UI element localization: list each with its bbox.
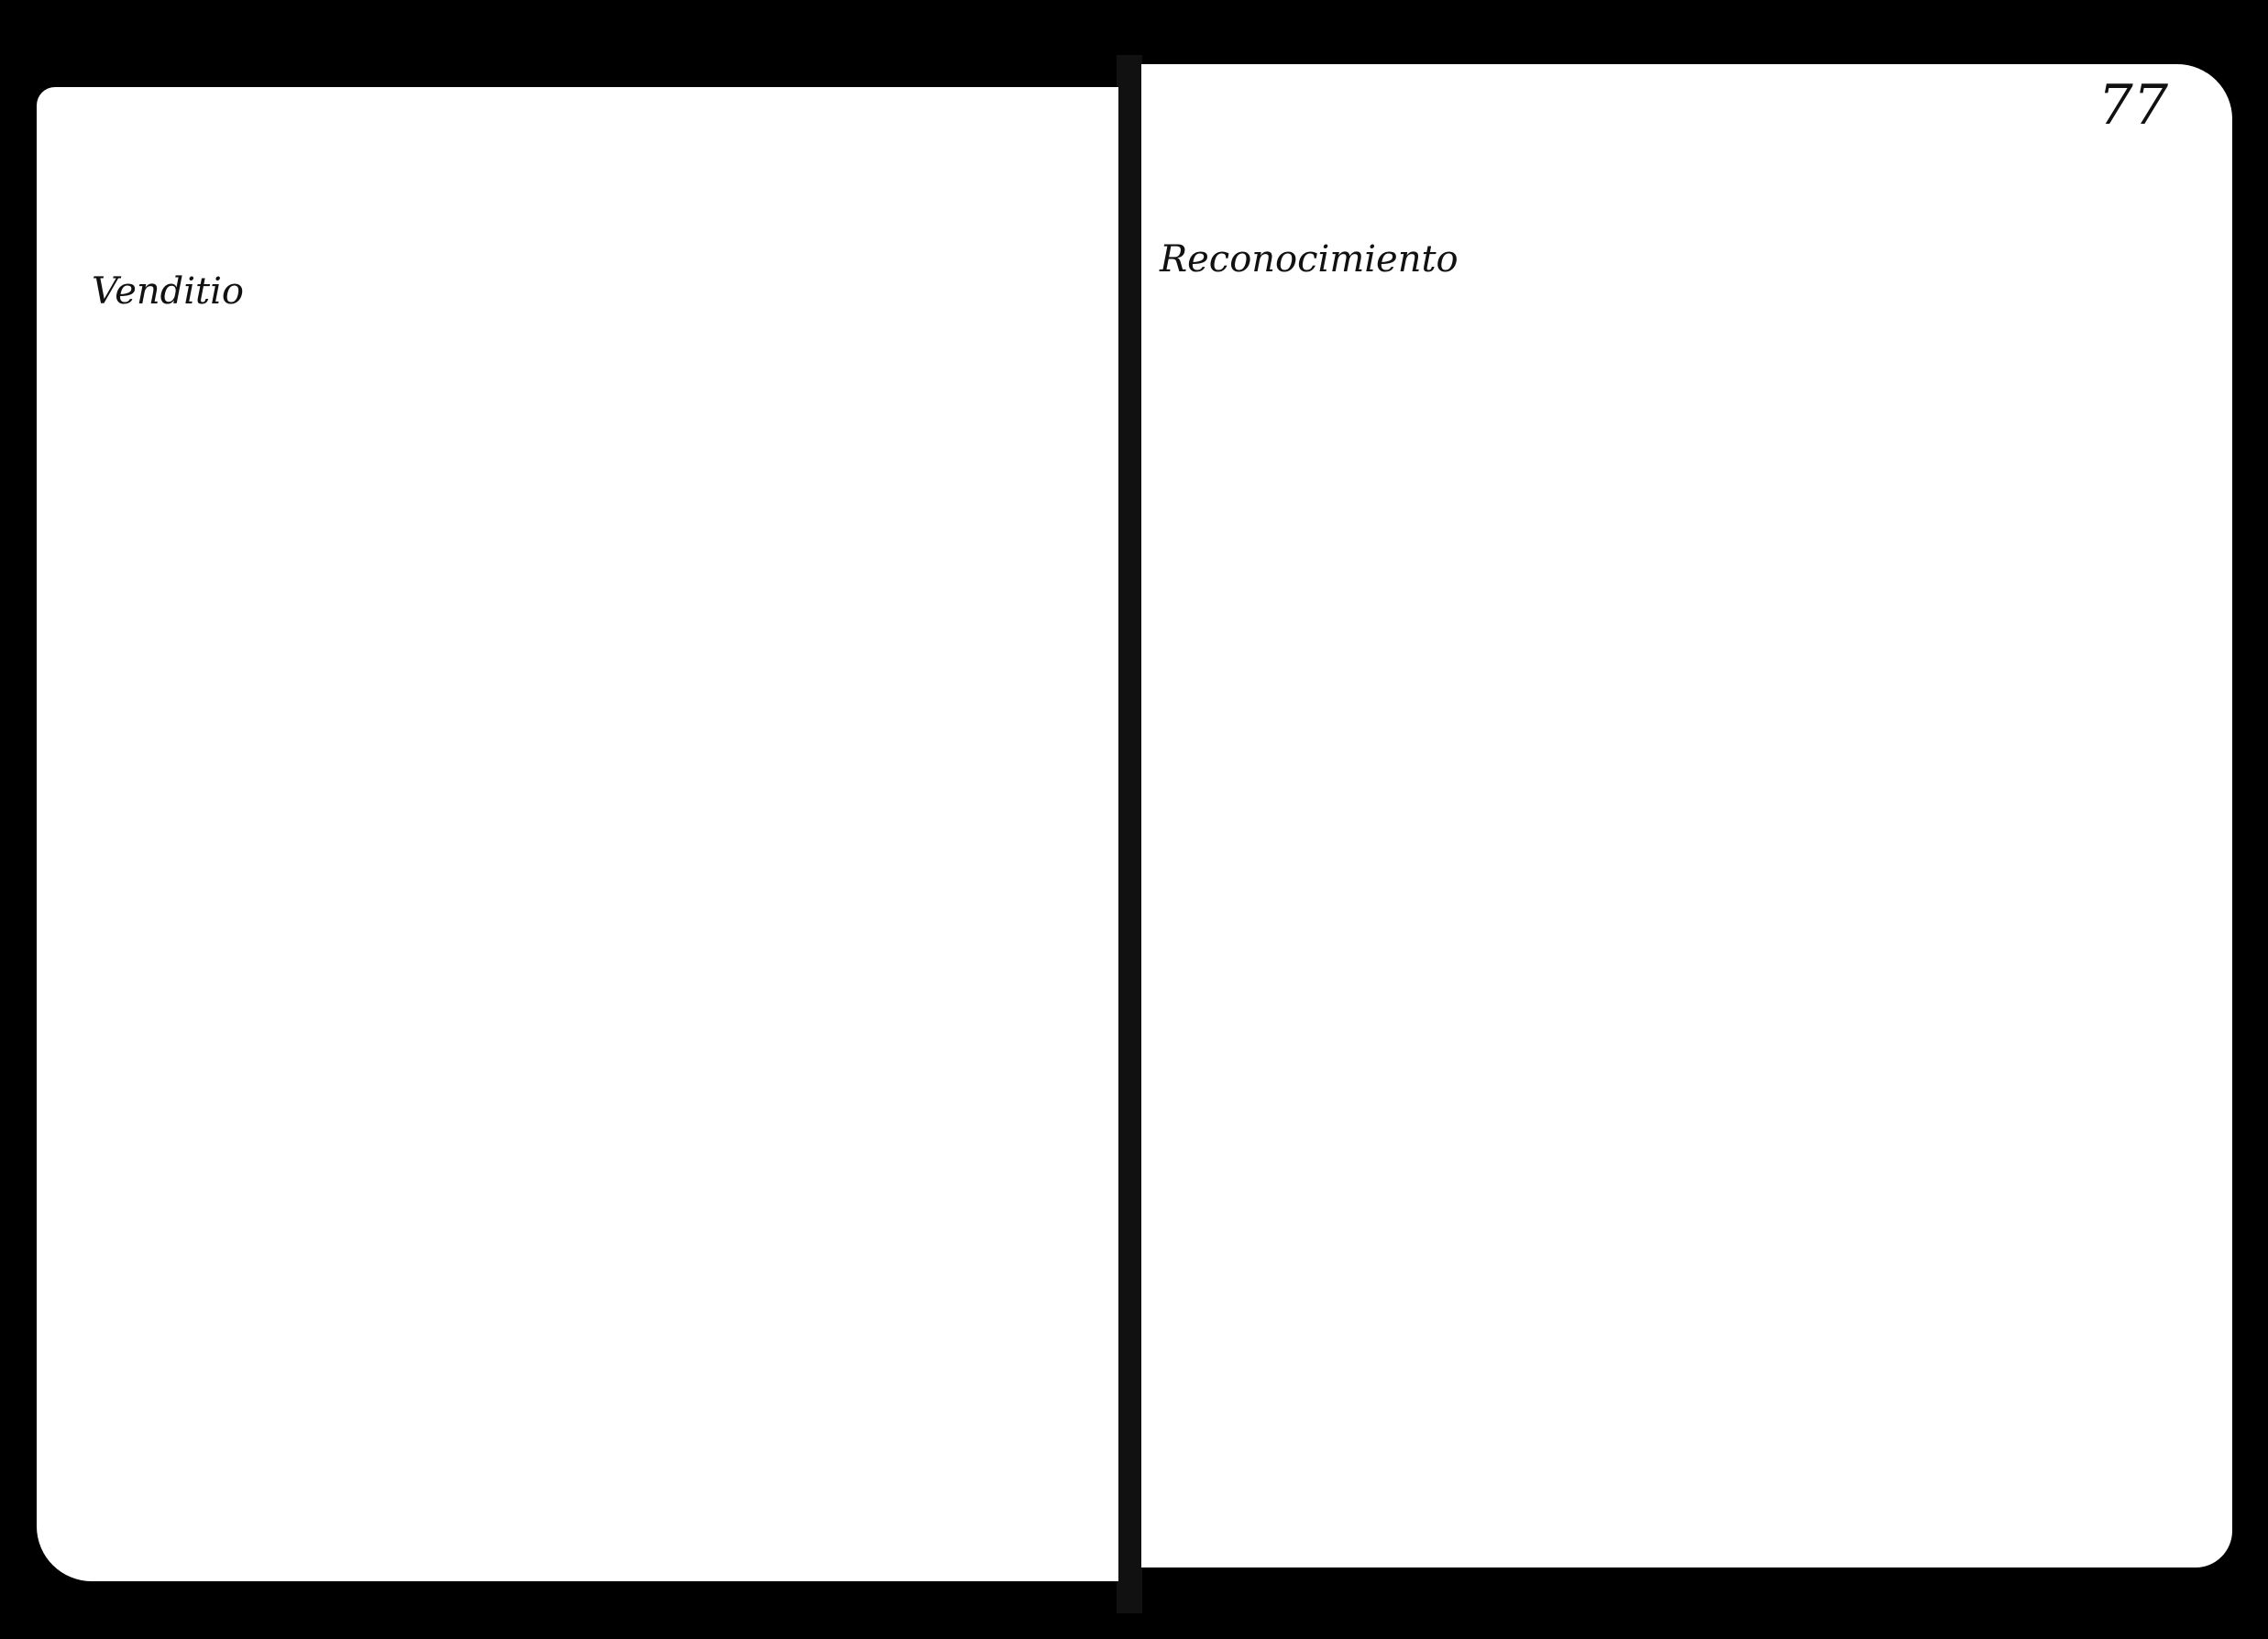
left-margin-note: Venditio [92, 270, 244, 313]
left-page: Venditio [37, 87, 1118, 1581]
right-margin-note: Reconocimiento [1160, 238, 1459, 280]
book-gutter [1117, 55, 1142, 1613]
right-page: 77 Reconocimiento [1141, 64, 2232, 1567]
page-number: 77 [2098, 73, 2168, 137]
